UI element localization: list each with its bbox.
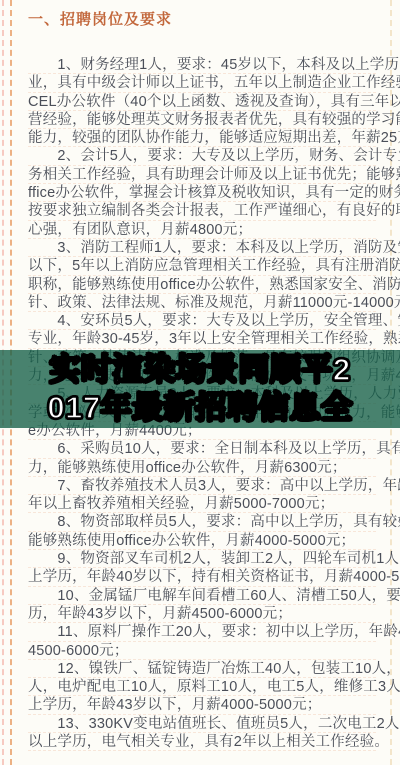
text-line: 6、采购员10人，要求：全日制本科及以上学历，具有较强的沟通能 [28, 440, 376, 458]
text-line: 按要求独立编制各类会计报表，工作严谨细心，有良好的职业操守，责任 [28, 202, 376, 220]
watermark-text-line2: 017年最新招聘信息全 [47, 389, 352, 427]
text-line: 7、畜牧养殖技术人员3人，要求：高中以上学历，年龄50岁以下，2 [28, 477, 376, 495]
text-line: 专业，年龄30-45岁，3年以上安全管理相关工作经验，熟悉国家安全方 [28, 330, 376, 348]
text-line: 以下，5年以上消防应急管理相关工作经验，具有注册消防师或安全工程师 [28, 257, 376, 275]
text-line: 年以上畜牧养殖相关经验，月薪5000-7000元； [28, 495, 376, 513]
text-line: ffice办公软件，掌握会计核算及税收知识，具有一定的财务管理能力，能 [28, 184, 376, 202]
article-page: 一、招聘岗位及要求 1、财务经理1人，要求：45岁以下，本科及以上学历，会计相关… [0, 0, 400, 765]
text-line: 上学历，年龄43岁以下，月薪4000-5000元； [28, 696, 376, 714]
text-line: 2、会计5人，要求：大专及以上学历，财务、会计专业，2年以上财 [28, 147, 376, 165]
text-line: 10、金属锰厂电解车间看槽工60人、清槽工50人，要求：初中以上学 [28, 587, 376, 605]
text-line: 职称，能够熟练使用office办公软件，熟悉国家安全、消防应急管理的方 [28, 276, 376, 294]
text-line: 11、原料厂操作工20人，要求：初中以上学历，年龄43岁以下，月薪 [28, 623, 376, 641]
watermark-overlay: 实时渲染场景同顺平2 017年最新招聘信息全 [0, 350, 400, 428]
text-line: 能力，较强的团队协作能力，能够适应短期出差，年薪25万元以上； [28, 129, 376, 147]
section-title: 一、招聘岗位及要求 [16, 6, 386, 38]
text-line: 4500-6000元； [28, 642, 376, 660]
text-line: 9、物资部叉车司机2人，装卸工2人，四轮车司机1人，要求：初中以 [28, 550, 376, 568]
text-line: 3、消防工程师1人，要求：本科及以上学历，消防及安全专业，45岁 [28, 239, 376, 257]
text-line: 12、镍铁厂、锰锭铸造厂冶炼工40人，包装工10人，冶炼天车工10 [28, 660, 376, 678]
text-line: 上学历，年龄40岁以下，持有相关资格证书，月薪4000-5000元； [28, 568, 376, 586]
text-line: 4、安环员5人，要求：大专及以上学历，安全管理、安全工程等相关 [28, 312, 376, 330]
watermark-text-line1: 实时渲染场景同顺平2 [49, 351, 350, 389]
text-line: 以上学历，电气相关专业，具有2年以上相关工作经验。 [28, 733, 376, 751]
text-line: 力，能够熟练使用office办公软件，月薪6300元； [28, 459, 376, 477]
text-line: 13、330KV变电站值班长、值班员5人，二次电工2人，要求：大专及 [28, 715, 376, 733]
text-line: 业，具有中级会计师以上证书，五年以上制造企业工作经验，熟悉使用EX [28, 74, 376, 92]
text-line: 历，年龄43岁以下，月薪4500-6000元； [28, 605, 376, 623]
text-line: 针、政策、法律法规、标准及规范，月薪11000元-14000元； [28, 294, 376, 312]
text-line: 1、财务经理1人，要求：45岁以下，本科及以上学历，会计相关专 [28, 56, 376, 74]
text-line: 能够熟练使用office办公软件，月薪4000-5000元； [28, 532, 376, 550]
text-line: CEL办公软件（40个以上函数、透视及查询），具有三年以上财务管理经 [28, 93, 376, 111]
text-line: 8、物资部取样员5人，要求：高中以上学历，具有较好的沟通能力， [28, 513, 376, 531]
text-line: 心强，有团队意识，月薪4800元； [28, 221, 376, 239]
text-line: 务相关工作经验，具有助理会计师及以上证书优先；能够熟练使用财务及o [28, 166, 376, 184]
text-line: 人，电炉配电工10人，原料工10人，电工5人，维修工3人，要求：初中以 [28, 678, 376, 696]
text-line: 营经验，能够处理英文财务报表者优先，具有较强的学习能力和语言表达 [28, 111, 376, 129]
